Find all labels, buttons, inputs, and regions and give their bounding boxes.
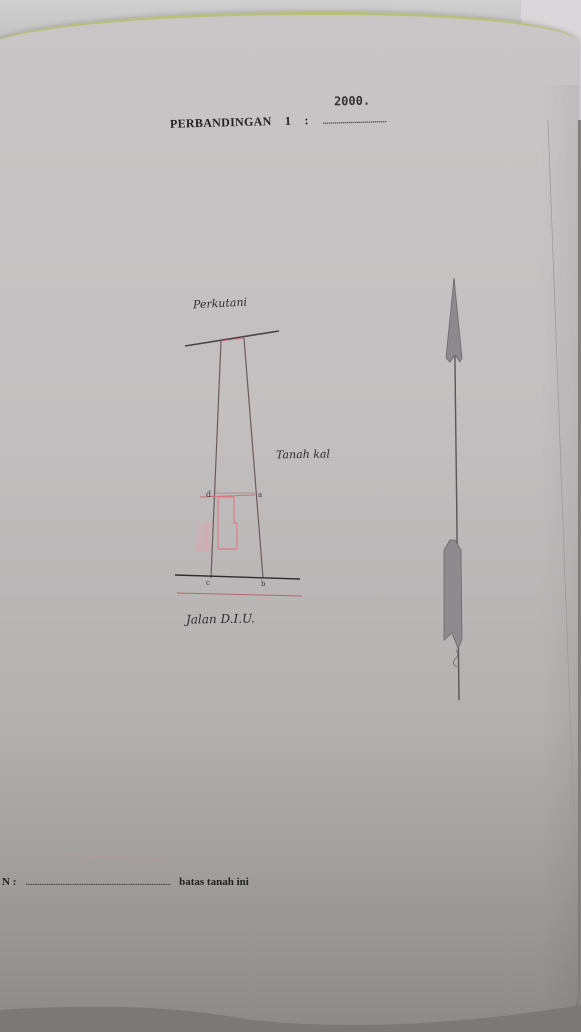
- footer-label: N :: [2, 876, 16, 888]
- footer-dots: ........................................…: [25, 876, 170, 888]
- margin-pencil-line: [548, 120, 574, 820]
- building-outline: [218, 497, 237, 549]
- plot-left-side: [211, 341, 221, 578]
- plot-right-side: [244, 338, 263, 578]
- north-arrow-icon: [444, 278, 462, 700]
- footer-boundary-line: N : ....................................…: [2, 876, 422, 896]
- building-annex-fill: [197, 524, 211, 551]
- corner-label-a: a: [258, 491, 262, 499]
- footer-suffix: batas tanah ini: [179, 876, 249, 888]
- corner-label-d: d: [206, 490, 211, 499]
- road-red-line: [177, 593, 302, 596]
- north-boundary-line: [185, 331, 279, 346]
- bottom-shadow: [0, 1005, 581, 1032]
- footer-pencil-stroke: [64, 855, 165, 859]
- road-edge-line: [175, 575, 300, 579]
- corner-label-b: b: [261, 580, 266, 588]
- corner-label-c: c: [206, 579, 210, 587]
